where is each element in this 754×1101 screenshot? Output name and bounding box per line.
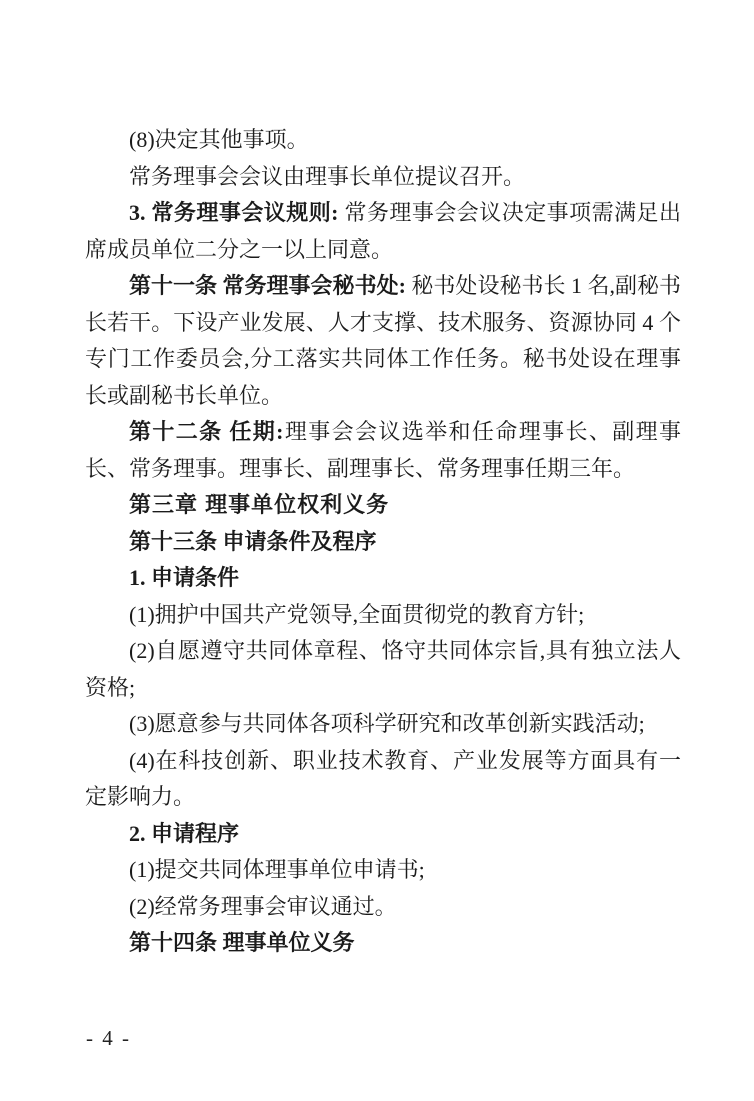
- bold-text-run: 第三章 理事单位权利义务: [129, 492, 389, 517]
- page-number: - 4 -: [86, 1026, 131, 1050]
- bold-text-run: 3. 常务理事会议规则:: [129, 200, 344, 225]
- bold-text-run: 第十四条 理事单位义务: [129, 930, 355, 955]
- para-article-12: 第十二条 任期:理事会会议选举和任命理事长、副理事长、常务理事。理事长、副理事长…: [85, 414, 681, 487]
- text-run: (4)在科技创新、职业技术教育、产业发展等方面具有一定影响力。: [85, 748, 681, 810]
- document-page: (8)决定其他事项。常务理事会会议由理事长单位提议召开。3. 常务理事会议规则:…: [0, 0, 754, 1101]
- para-procedure-1: (1)提交共同体理事单位申请书;: [85, 852, 681, 889]
- para-condition-1: (1)拥护中国共产党领导,全面贯彻党的教育方针;: [85, 597, 681, 634]
- para-procedure-2: (2)经常务理事会审议通过。: [85, 889, 681, 926]
- para-condition-3: (3)愿意参与共同体各项科学研究和改革创新实践活动;: [85, 706, 681, 743]
- text-run: (8)决定其他事项。: [129, 127, 309, 152]
- bold-text-run: 第十二条 任期:: [129, 419, 284, 444]
- bold-text-run: 1. 申请条件: [129, 565, 239, 590]
- text-run: (1)提交共同体理事单位申请书;: [129, 857, 425, 882]
- document-body: (8)决定其他事项。常务理事会会议由理事长单位提议召开。3. 常务理事会议规则:…: [85, 122, 681, 962]
- para-item-8: (8)决定其他事项。: [85, 122, 681, 159]
- bold-text-run: 第十三条 申请条件及程序: [129, 529, 377, 554]
- para-apply-conditions-heading: 1. 申请条件: [85, 560, 681, 597]
- text-run: (3)愿意参与共同体各项科学研究和改革创新实践活动;: [129, 711, 645, 736]
- text-run: 常务理事会会议由理事长单位提议召开。: [129, 164, 525, 189]
- text-run: (2)自愿遵守共同体章程、恪守共同体宗旨,具有独立法人资格;: [85, 638, 681, 700]
- para-apply-procedure-heading: 2. 申请程序: [85, 816, 681, 853]
- page-footer: - 4 -: [86, 1024, 131, 1052]
- para-convene: 常务理事会会议由理事长单位提议召开。: [85, 159, 681, 196]
- para-article-14: 第十四条 理事单位义务: [85, 925, 681, 962]
- para-article-13: 第十三条 申请条件及程序: [85, 524, 681, 561]
- para-article-11: 第十一条 常务理事会秘书处: 秘书处设秘书长 1 名,副秘书长若干。下设产业发展…: [85, 268, 681, 414]
- para-condition-4: (4)在科技创新、职业技术教育、产业发展等方面具有一定影响力。: [85, 743, 681, 816]
- bold-text-run: 2. 申请程序: [129, 821, 239, 846]
- text-run: (2)经常务理事会审议通过。: [129, 894, 397, 919]
- para-meeting-rules: 3. 常务理事会议规则: 常务理事会会议决定事项需满足出席成员单位二分之一以上同…: [85, 195, 681, 268]
- text-run: (1)拥护中国共产党领导,全面贯彻党的教育方针;: [129, 602, 584, 627]
- chapter-3-heading: 第三章 理事单位权利义务: [85, 487, 681, 524]
- para-condition-2: (2)自愿遵守共同体章程、恪守共同体宗旨,具有独立法人资格;: [85, 633, 681, 706]
- bold-text-run: 第十一条 常务理事会秘书处:: [129, 273, 411, 298]
